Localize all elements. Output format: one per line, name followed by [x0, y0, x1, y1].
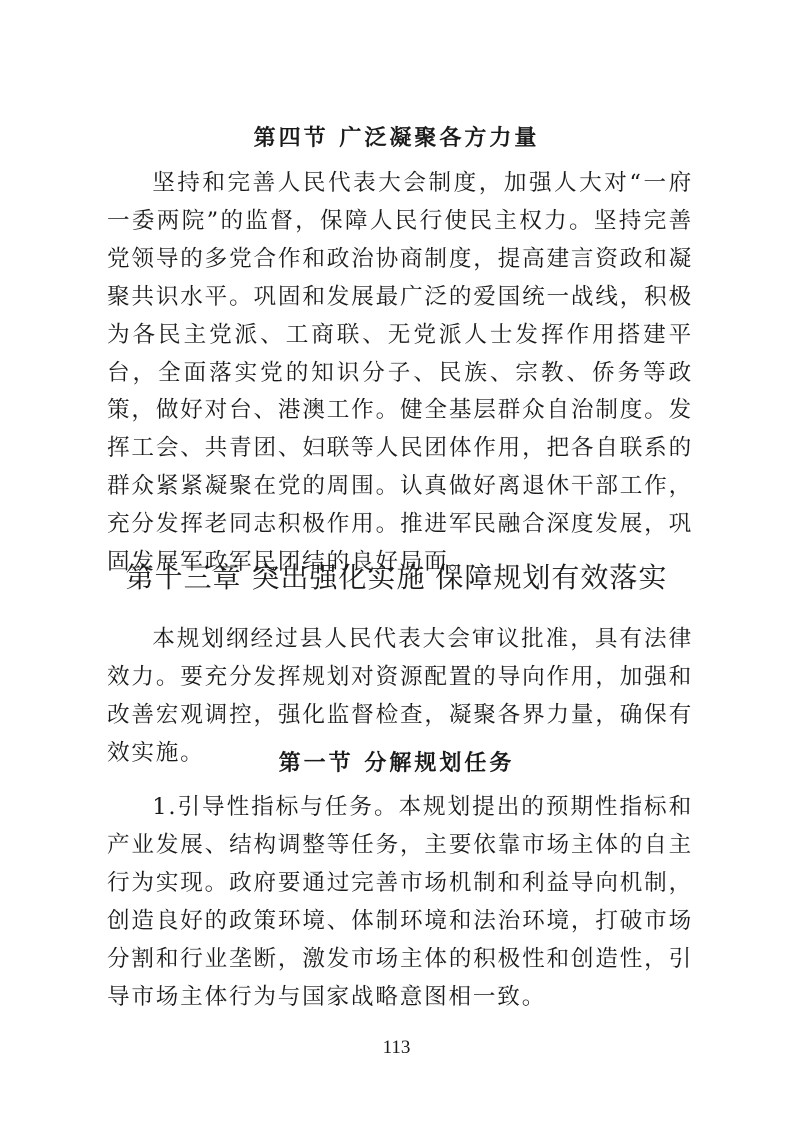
chapter-heading-13: 第十三章 突出强化实施 保障规划有效落实 [0, 561, 793, 595]
section-heading-4: 第四节 广泛凝聚各方力量 [0, 125, 793, 151]
section-heading-1: 第一节 分解规划任务 [0, 750, 793, 776]
section-4-paragraph: 坚持和完善人民代表大会制度，加强人大对“一府一委两院”的监督，保障人民行使民主权… [107, 165, 693, 582]
page-number: 113 [0, 1037, 793, 1059]
section-1-paragraph: 1.引导性指标与任务。本规划提出的预期性指标和产业发展、结构调整等任务，主要依靠… [107, 789, 693, 1016]
document-page: 第四节 广泛凝聚各方力量 坚持和完善人民代表大会制度，加强人大对“一府一委两院”… [0, 0, 793, 1122]
